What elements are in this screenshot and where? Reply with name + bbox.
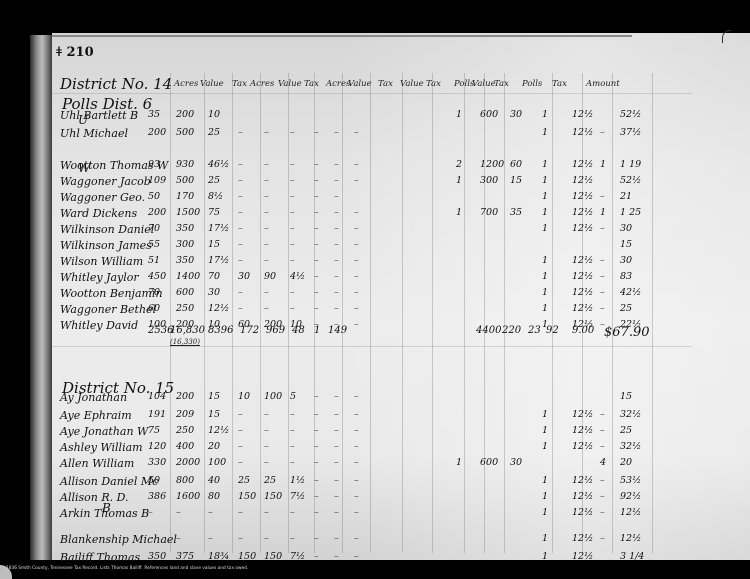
ledger-cell: –: [314, 287, 319, 298]
ledger-cell: 12½: [572, 159, 593, 170]
ledger-cell: –: [334, 551, 339, 562]
ledger-cell: 1: [542, 475, 548, 486]
ledger-cell: 150: [264, 491, 282, 502]
ledger-cell: –: [334, 239, 339, 250]
ledger-cell: –: [314, 475, 319, 486]
ledger-cell: –: [354, 159, 359, 170]
ledger-cell: –: [354, 303, 359, 314]
ledger-cell: 1: [542, 207, 548, 218]
taxpayer-name: Wilson William: [60, 255, 143, 268]
ledger-cell: 12½: [572, 533, 593, 544]
ledger-cell: 12½: [620, 507, 641, 518]
ledger-cell: 450: [148, 271, 166, 282]
ledger-cell: 15: [620, 239, 632, 250]
ledger-cell: –: [238, 457, 243, 468]
ledger-cell: 12½: [208, 303, 229, 314]
ledger-cell: 330: [148, 457, 166, 468]
ledger-cell: 10: [238, 391, 250, 402]
ledger-cell: 1: [600, 207, 606, 218]
total-poll-tax: 9.00: [572, 325, 594, 336]
ledger-cell: –: [238, 223, 243, 234]
ledger-cell: 37½: [620, 127, 641, 138]
ledger-cell: –: [354, 441, 359, 452]
ledger-cell: 1: [542, 271, 548, 282]
ledger-cell: 1: [542, 425, 548, 436]
ledger-cell: –: [334, 207, 339, 218]
ledger-cell: –: [264, 191, 269, 202]
ledger-cell: –: [314, 191, 319, 202]
book-binding-edge: [30, 35, 52, 560]
ledger-cell: 75: [148, 425, 160, 436]
ledger-cell: 350: [176, 223, 194, 234]
ledger-cell: –: [334, 287, 339, 298]
ledger-cell: 2: [456, 159, 462, 170]
ledger-cell: 930: [176, 159, 194, 170]
ledger-cell: 70: [148, 223, 160, 234]
ledger-cell: –: [264, 425, 269, 436]
ledger-cell: 7½: [290, 491, 305, 502]
ledger-cell: –: [334, 441, 339, 452]
ledger-cell: 4: [600, 457, 606, 468]
taxpayer-name: Wilkinson Daniel: [60, 223, 154, 236]
ledger-cell: –: [290, 507, 295, 518]
ledger-cell: 46½: [208, 159, 229, 170]
ledger-cell: 90: [264, 271, 276, 282]
page-curl-mark: [722, 30, 731, 43]
ledger-cell: 83: [620, 271, 632, 282]
ledger-cell: 500: [176, 175, 194, 186]
ledger-cell: –: [600, 533, 605, 544]
page-marker: ǂ: [56, 45, 62, 60]
taxpayer-name: Whitley Jaylor: [60, 271, 139, 284]
ledger-cell: –: [176, 533, 181, 544]
ledger-cell: –: [290, 127, 295, 138]
ledger-cell: –: [354, 457, 359, 468]
ledger-cell: –: [238, 207, 243, 218]
top-rule: [52, 35, 632, 37]
ledger-cell: 50: [148, 191, 160, 202]
ledger-cell: –: [334, 255, 339, 266]
ledger-cell: 300: [480, 175, 498, 186]
ledger-row: Bailiff Thomas35037518¾1501507½–––112½3 …: [52, 551, 692, 567]
ledger-cell: –: [354, 425, 359, 436]
taxpayer-name: Uhl Michael: [60, 127, 128, 140]
ledger-cell: –: [600, 271, 605, 282]
district-title: District No. 14: [60, 75, 172, 93]
total-polls-tax: 92: [546, 325, 559, 336]
ledger-cell: 50: [148, 475, 160, 486]
ledger-row: Aye Ephraim19120915––––––112½–32½: [52, 409, 692, 425]
ledger-cell: 30: [620, 255, 632, 266]
ledger-cell: 1: [600, 159, 606, 170]
ledger-cell: 1: [542, 507, 548, 518]
ledger-cell: –: [354, 175, 359, 186]
ledger-cell: –: [600, 287, 605, 298]
col-header: Acres: [326, 79, 350, 89]
ledger-cell: –: [314, 175, 319, 186]
ledger-cell: 20: [208, 441, 220, 452]
col-header: Acres: [250, 79, 274, 89]
total-slave-tax: 220: [502, 325, 521, 336]
taxpayer-name: Ward Dickens: [60, 207, 137, 220]
taxpayer-name: Allison R. D.: [60, 491, 129, 504]
ledger-cell: –: [290, 409, 295, 420]
ledger-row: Wilson William5135017½––––––112½–30: [52, 255, 692, 271]
ledger-cell: 15: [208, 409, 220, 420]
ledger-cell: –: [314, 533, 319, 544]
ledger-cell: 25: [208, 127, 220, 138]
ledger-cell: 12½: [572, 223, 593, 234]
ledger-cell: 21: [620, 191, 632, 202]
ledger-cell: 25: [620, 425, 632, 436]
ledger-cell: 700: [480, 207, 498, 218]
ledger-cell: 200: [176, 109, 194, 120]
ledger-cell: –: [314, 271, 319, 282]
col-header: Value: [400, 79, 424, 89]
ledger-cell: –: [264, 159, 269, 170]
ledger-cell: 1: [542, 551, 548, 562]
ledger-cell: –: [238, 425, 243, 436]
ledger-cell: –: [354, 223, 359, 234]
taxpayer-name: Waggoner Geo.: [60, 191, 145, 204]
ledger-cell: 12½: [572, 207, 593, 218]
ledger-cell: 150: [238, 551, 256, 562]
ledger-row: Wootton Thomas W9393046½––––––2120060112…: [52, 159, 692, 175]
ledger-cell: 75: [208, 207, 220, 218]
ledger-cell: 35: [510, 207, 522, 218]
grid-line: [52, 346, 692, 347]
ledger-cell: 1: [542, 255, 548, 266]
ledger-cell: –: [290, 159, 295, 170]
ledger-cell: –: [334, 507, 339, 518]
ledger-cell: 1: [542, 441, 548, 452]
ledger-cell: –: [238, 441, 243, 452]
ledger-cell: 1: [542, 175, 548, 186]
ledger-cell: 8½: [208, 191, 223, 202]
ledger-cell: –: [290, 457, 295, 468]
ledger-cell: 12½: [572, 425, 593, 436]
ledger-cell: –: [600, 127, 605, 138]
taxpayer-name: Arkin Thomas B: [60, 507, 149, 520]
ledger-cell: 52½: [620, 109, 641, 120]
ledger-row: Arkin Thomas B–––––––––112½–12½: [52, 507, 692, 523]
ledger-cell: 51: [148, 255, 160, 266]
page-number-text: 210: [67, 45, 94, 60]
ledger-cell: –: [264, 507, 269, 518]
ledger-cell: –: [290, 223, 295, 234]
col-header: Value: [472, 79, 496, 89]
ledger-row: Ay Jonathan10420015101005–––15: [52, 391, 692, 407]
ledger-cell: 1: [542, 533, 548, 544]
ledger-cell: 500: [176, 127, 194, 138]
ledger-cell: –: [238, 159, 243, 170]
ledger-cell: 109: [148, 175, 166, 186]
ledger-row: Waggoner Geo.501708½–––––112½–21: [52, 191, 692, 207]
ledger-cell: 15: [510, 175, 522, 186]
ledger-cell: –: [264, 409, 269, 420]
ledger-cell: 12½: [572, 109, 593, 120]
ledger-cell: 600: [480, 457, 498, 468]
ledger-cell: 12½: [572, 175, 593, 186]
ledger-row: Ward Dickens200150075––––––170035112½11 …: [52, 207, 692, 223]
ledger-cell: –: [264, 175, 269, 186]
ledger-cell: 1: [542, 409, 548, 420]
ledger-cell: –: [334, 175, 339, 186]
ledger-cell: –: [354, 409, 359, 420]
total-acres-2: 172: [240, 325, 259, 336]
ledger-row: Waggoner Bethel6025012½––––––112½–25: [52, 303, 692, 319]
col-header: Tax: [552, 79, 567, 89]
ledger-cell: 400: [176, 441, 194, 452]
ledger-cell: 600: [480, 109, 498, 120]
ledger-cell: 25: [264, 475, 276, 486]
col-header: Tax: [426, 79, 441, 89]
ledger-cell: 12½: [572, 441, 593, 452]
ledger-cell: 12½: [572, 551, 593, 562]
taxpayer-name: Allen William: [60, 457, 134, 470]
ledger-row: Aye Jonathan W7525012½––––––112½–25: [52, 425, 692, 441]
ledger-cell: –: [264, 239, 269, 250]
ledger-cell: 60: [510, 159, 522, 170]
col-header: Tax: [232, 79, 247, 89]
ledger-cell: –: [314, 441, 319, 452]
total-amount: $67.90: [604, 325, 650, 340]
scanned-ledger-image: ǂ 210 District No. 14 Acres Value Tax Ac…: [0, 0, 750, 579]
ledger-row: Ashley William12040020––––––112½–32½: [52, 441, 692, 457]
ledger-cell: –: [238, 533, 243, 544]
ledger-cell: –: [290, 287, 295, 298]
ledger-cell: –: [290, 441, 295, 452]
ledger-cell: 70: [148, 287, 160, 298]
ledger-cell: 25: [238, 475, 250, 486]
ledger-cell: –: [148, 507, 153, 518]
taxpayer-name: Wilkinson James: [60, 239, 152, 252]
ledger-cell: 386: [148, 491, 166, 502]
ledger-cell: –: [264, 457, 269, 468]
ledger-cell: –: [238, 127, 243, 138]
ledger-cell: –: [208, 507, 213, 518]
ledger-cell: –: [264, 207, 269, 218]
ledger-cell: 1 19: [620, 159, 641, 170]
ledger-cell: 12½: [620, 533, 641, 544]
ledger-row: Wootton Benjamin7060030––––––112½–42½: [52, 287, 692, 303]
ledger-cell: –: [334, 303, 339, 314]
ledger-row: Whitley Jaylor45014007030904½–––112½–83: [52, 271, 692, 287]
ledger-cell: 1½: [290, 475, 305, 486]
ledger-cell: 150: [238, 491, 256, 502]
ledger-cell: –: [354, 255, 359, 266]
total-tax: 8396: [208, 325, 233, 336]
ledger-cell: –: [290, 425, 295, 436]
ledger-cell: –: [354, 475, 359, 486]
ledger-cell: –: [354, 551, 359, 562]
ledger-cell: –: [314, 491, 319, 502]
ledger-cell: –: [354, 239, 359, 250]
ledger-cell: –: [264, 303, 269, 314]
ledger-cell: –: [354, 391, 359, 402]
ledger-cell: –: [600, 441, 605, 452]
ledger-cell: 100: [264, 391, 282, 402]
ledger-cell: 1: [542, 127, 548, 138]
ledger-cell: 12½: [208, 425, 229, 436]
ledger-cell: –: [354, 127, 359, 138]
ledger-cell: –: [314, 223, 319, 234]
col-header: Amount: [586, 79, 620, 89]
ledger-cell: 350: [148, 551, 166, 562]
ledger-cell: –: [314, 391, 319, 402]
ledger-cell: –: [334, 127, 339, 138]
ledger-cell: 53½: [620, 475, 641, 486]
ledger-cell: 12½: [572, 491, 593, 502]
ledger-cell: –: [290, 533, 295, 544]
col-header: Tax: [304, 79, 319, 89]
ledger-cell: –: [600, 409, 605, 420]
ledger-cell: –: [238, 409, 243, 420]
ledger-cell: 1 25: [620, 207, 641, 218]
ledger-cell: 20: [620, 457, 632, 468]
ledger-cell: –: [600, 425, 605, 436]
ledger-cell: 12½: [572, 303, 593, 314]
ledger-cell: –: [334, 491, 339, 502]
ledger-cell: 2000: [176, 457, 200, 468]
total-value-correction: (16,330): [170, 338, 200, 346]
taxpayer-name: Waggoner Bethel: [60, 303, 156, 316]
taxpayer-name: Uhl Bartlett B: [60, 109, 138, 122]
ledger-cell: 1: [542, 491, 548, 502]
ledger-row: Waggoner Jacob10950025––––––130015112½52…: [52, 175, 692, 191]
ledger-cell: 5: [290, 391, 296, 402]
ledger-cell: 1600: [176, 491, 200, 502]
ledger-cell: 800: [176, 475, 194, 486]
col-header: Value: [348, 79, 372, 89]
ledger-cell: –: [314, 507, 319, 518]
ledger-cell: –: [176, 507, 181, 518]
ledger-row: Uhl Bartlett B3520010160030112½52½: [52, 109, 692, 125]
ledger-cell: 7½: [290, 551, 305, 562]
ledger-cell: 18¾: [208, 551, 229, 562]
ledger-cell: 30: [620, 223, 632, 234]
ledger-cell: 200: [176, 391, 194, 402]
ledger-cell: 60: [148, 303, 160, 314]
ledger-cell: 1: [456, 207, 462, 218]
ledger-cell: 25: [208, 175, 220, 186]
ledger-cell: 1: [542, 159, 548, 170]
ledger-cell: 1200: [480, 159, 504, 170]
ledger-cell: 30: [510, 109, 522, 120]
ledger-cell: –: [290, 175, 295, 186]
ledger-cell: –: [600, 191, 605, 202]
ledger-cell: –: [314, 239, 319, 250]
ledger-cell: –: [290, 191, 295, 202]
ledger-row: Allison R. D.3861600801501507½–––112½–92…: [52, 491, 692, 507]
ledger-cell: 12½: [572, 255, 593, 266]
ledger-cell: 209: [176, 409, 194, 420]
ledger-cell: 30: [510, 457, 522, 468]
ledger-cell: 12½: [572, 475, 593, 486]
ledger-cell: 30: [208, 287, 220, 298]
taxpayer-name: Waggoner Jacob: [60, 175, 151, 188]
ledger-cell: 170: [176, 191, 194, 202]
ledger-row: Blankenship Michael–––––––––112½–12½: [52, 533, 692, 549]
ledger-cell: –: [600, 507, 605, 518]
ledger-cell: –: [148, 533, 153, 544]
ledger-cell: 1: [542, 223, 548, 234]
ledger-cell: –: [600, 223, 605, 234]
taxpayer-name: Aye Jonathan W: [60, 425, 148, 438]
ledger-cell: 120: [148, 441, 166, 452]
ledger-cell: 350: [176, 255, 194, 266]
ledger-cell: 30: [238, 271, 250, 282]
total-tax-2: 48: [292, 325, 305, 336]
ledger-cell: 1: [456, 109, 462, 120]
ledger-cell: 55: [148, 239, 160, 250]
total-value: 16,830: [170, 325, 205, 336]
ledger-row: Wilkinson James5530015––––––15: [52, 239, 692, 255]
ledger-row: Wilkinson Daniel7035017½––––––112½–30: [52, 223, 692, 239]
ledger-cell: –: [314, 457, 319, 468]
ledger-cell: –: [600, 491, 605, 502]
ledger-cell: –: [334, 223, 339, 234]
ledger-cell: –: [264, 441, 269, 452]
ledger-cell: –: [264, 255, 269, 266]
ledger-cell: –: [334, 391, 339, 402]
ledger-cell: 32½: [620, 409, 641, 420]
ledger-cell: 12½: [572, 127, 593, 138]
ledger-row: Uhl Michael20050025––––––112½–37½: [52, 127, 692, 143]
total-value-3: 149: [328, 325, 347, 336]
ledger-cell: –: [334, 159, 339, 170]
ledger-cell: –: [290, 303, 295, 314]
ledger-cell: –: [334, 425, 339, 436]
ledger-cell: 1: [456, 457, 462, 468]
taxpayer-name: Ay Jonathan: [60, 391, 127, 404]
ledger-cell: 15: [620, 391, 632, 402]
ledger-cell: –: [314, 207, 319, 218]
ledger-cell: 1: [542, 303, 548, 314]
ledger-cell: 200: [148, 207, 166, 218]
ledger-cell: 40: [208, 475, 220, 486]
ledger-cell: –: [600, 303, 605, 314]
ledger-cell: 10: [208, 109, 220, 120]
ledger-cell: –: [600, 475, 605, 486]
taxpayer-name: Blankenship Michael: [60, 533, 177, 546]
ledger-cell: 1: [456, 175, 462, 186]
image-caption: 1836 Smith County, Tennessee Tax Record.…: [6, 566, 248, 571]
ledger-cell: 12½: [572, 409, 593, 420]
ledger-cell: –: [334, 271, 339, 282]
ledger-cell: 300: [176, 239, 194, 250]
col-header: Polls: [522, 79, 542, 89]
total-value-2: 969: [266, 325, 285, 336]
ledger-cell: 250: [176, 303, 194, 314]
ledger-cell: –: [334, 457, 339, 468]
ledger-cell: –: [354, 533, 359, 544]
col-header: Tax: [494, 79, 509, 89]
ledger-cell: –: [264, 223, 269, 234]
taxpayer-name: Aye Ephraim: [60, 409, 132, 422]
ledger-cell: 42½: [620, 287, 641, 298]
ledger-cell: –: [238, 191, 243, 202]
ledger-cell: –: [334, 409, 339, 420]
taxpayer-name: Ashley William: [60, 441, 143, 454]
ledger-cell: 150: [264, 551, 282, 562]
ledger-cell: 15: [208, 391, 220, 402]
total-slave-value: 4400: [476, 325, 501, 336]
ledger-cell: 200: [148, 127, 166, 138]
ledger-cell: 4½: [290, 271, 305, 282]
ledger-cell: 600: [176, 287, 194, 298]
ledger-cell: –: [264, 127, 269, 138]
